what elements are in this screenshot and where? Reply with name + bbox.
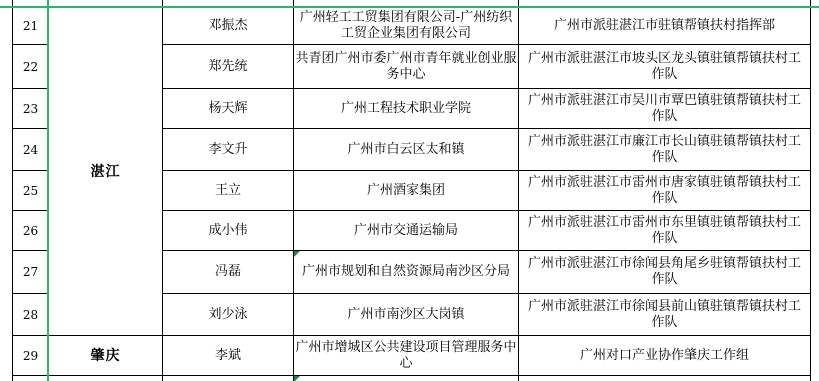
- org-cell[interactable]: 广州酒家集团: [294, 171, 518, 210]
- assignment-cell[interactable]: 广州市派驻湛江市驻镇帮镇扶村指挥部: [519, 8, 810, 44]
- row-number-cell[interactable]: 23: [13, 89, 48, 128]
- org-cell[interactable]: 共青团广州市委广州市青年就业创业服务中心: [294, 45, 518, 88]
- row-number-cell[interactable]: 21: [13, 8, 48, 44]
- row-number-cell[interactable]: 24: [13, 129, 48, 170]
- assignment-cell[interactable]: 广州市派驻湛江市徐闻县角尾乡驻镇帮镇扶村工作队: [519, 251, 810, 293]
- assignment-cell[interactable]: 广州市派驻湛江市雷州市东里镇驻镇帮镇扶村工作队: [519, 211, 810, 250]
- grid-line-horizontal: [12, 375, 810, 376]
- row-number-cell[interactable]: 26: [13, 211, 48, 250]
- name-cell[interactable]: 冯磊: [163, 251, 293, 293]
- org-cell[interactable]: 广州轻工工贸集团有限公司-广州纺织工贸企业集团有限公司: [294, 8, 518, 44]
- org-cell[interactable]: 广州市白云区太和镇: [294, 129, 518, 170]
- assignment-cell[interactable]: 广州市派驻湛江市吴川市覃巴镇驻镇帮镇扶村工作队: [519, 89, 810, 128]
- cell-flag-icon: [294, 376, 300, 381]
- org-cell[interactable]: 广州市南沙区大岗镇: [294, 294, 518, 335]
- name-cell[interactable]: 李斌: [163, 336, 293, 375]
- row-number-cell[interactable]: 22: [13, 45, 48, 88]
- row-number-cell[interactable]: 27: [13, 251, 48, 293]
- assignment-cell[interactable]: 广州市派驻湛江市廉江市长山镇驻镇帮镇扶村工作队: [519, 129, 810, 170]
- row-number-cell[interactable]: 25: [13, 171, 48, 210]
- name-cell[interactable]: 杨天辉: [163, 89, 293, 128]
- name-cell[interactable]: 刘少泳: [163, 294, 293, 335]
- assignment-cell[interactable]: 广州对口产业协作肇庆工作组: [519, 336, 810, 375]
- name-cell[interactable]: 李文升: [163, 129, 293, 170]
- org-cell[interactable]: 广州市规划和自然资源局南沙区分局: [294, 251, 518, 293]
- spreadsheet-table: 湛江 肇庆 21 邓振杰 广州轻工工贸集团有限公司-广州纺织工贸企业集团有限公司…: [0, 0, 819, 381]
- cell-flag-icon: [294, 251, 300, 257]
- assignment-cell[interactable]: 广州市派驻湛江市坡头区龙头镇驻镇帮镇扶村工作队: [519, 45, 810, 88]
- org-cell[interactable]: 广州市增城区公共建设项目管理服务中心: [294, 336, 518, 375]
- name-cell[interactable]: 成小伟: [163, 211, 293, 250]
- city-merged-cell-zhanjiang[interactable]: 湛江: [49, 8, 162, 335]
- grid-line-vertical: [810, 0, 811, 381]
- org-cell[interactable]: 广州市交通运输局: [294, 211, 518, 250]
- row-number-cell[interactable]: 29: [13, 336, 48, 375]
- org-cell[interactable]: 广州工程技术职业学院: [294, 89, 518, 128]
- name-cell[interactable]: 邓振杰: [163, 8, 293, 44]
- city-merged-cell-zhaoqing[interactable]: 肇庆: [49, 336, 162, 375]
- row-number-cell[interactable]: 28: [13, 294, 48, 335]
- assignment-cell[interactable]: 广州市派驻湛江市雷州市唐家镇驻镇帮镇扶村工作队: [519, 171, 810, 210]
- assignment-cell[interactable]: 广州市派驻湛江市徐闻县前山镇驻镇帮镇扶村工作队: [519, 294, 810, 335]
- name-cell[interactable]: 郑先统: [163, 45, 293, 88]
- name-cell[interactable]: 王立: [163, 171, 293, 210]
